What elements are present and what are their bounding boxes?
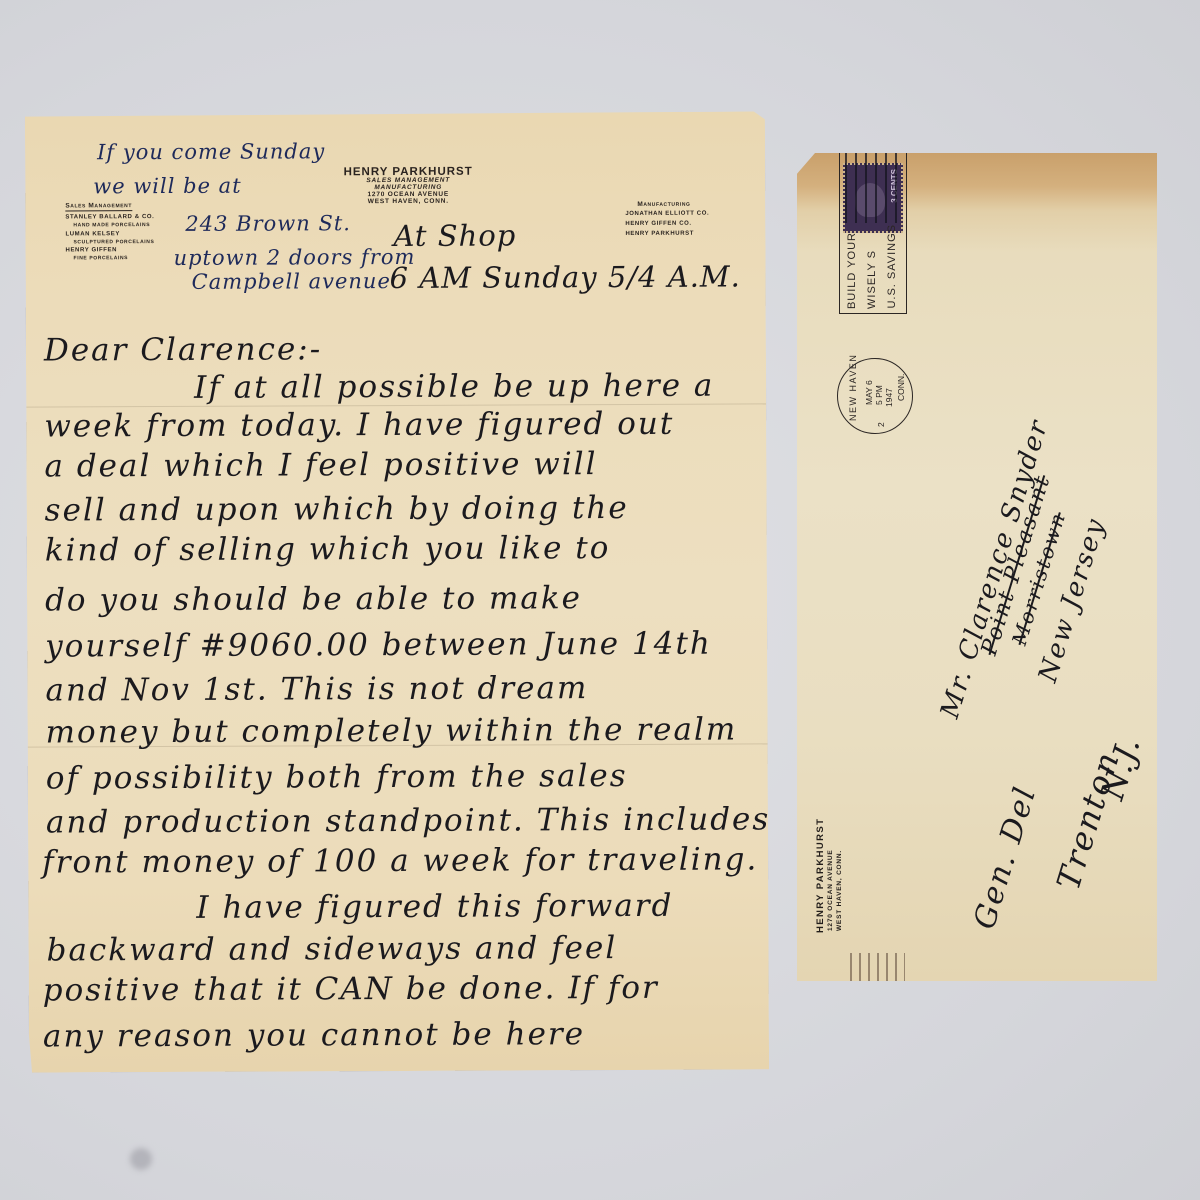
company-name: JONATHAN ELLIOTT CO. bbox=[625, 210, 709, 220]
body-line: and production standpoint. This includes bbox=[46, 801, 770, 840]
margin-note-line: uptown 2 doors from bbox=[173, 245, 415, 270]
body-line: If at all possible be up here a bbox=[194, 368, 714, 406]
body-line: week from today. I have figured out bbox=[44, 406, 674, 445]
postmark: NEW HAVEN MAY 6 5 PM 1947 CONN. 2 bbox=[837, 358, 913, 434]
column-heading: Sales Management bbox=[65, 202, 132, 212]
postmark-time: 5 PM bbox=[874, 385, 884, 405]
margin-note-line: Campbell avenue bbox=[192, 269, 391, 294]
body-line: any reason you cannot be here bbox=[43, 1016, 585, 1054]
letter-sheet: HENRY PARKHURST SALES MANAGEMENT MANUFAC… bbox=[25, 111, 769, 1072]
slogan-line: U.S. SAVINGS bbox=[886, 224, 898, 309]
location-note: At Shop bbox=[393, 218, 516, 253]
return-street: 1270 OCEAN AVENUE bbox=[827, 818, 835, 933]
slogan-line: WISELY S bbox=[866, 250, 878, 309]
return-address: HENRY PARKHURST 1270 OCEAN AVENUE WEST H… bbox=[815, 818, 844, 933]
body-line: money but completely within the realm bbox=[46, 712, 738, 751]
margin-note-line: 243 Brown St. bbox=[185, 211, 351, 236]
body-line: yourself #9060.00 between June 14th bbox=[45, 626, 712, 665]
postmark-state: CONN. bbox=[896, 374, 906, 401]
company-name: HENRY PARKHURST bbox=[625, 229, 709, 239]
background-spot bbox=[130, 1148, 152, 1170]
letterhead-address: WEST HAVEN, CONN. bbox=[313, 198, 503, 206]
body-line: kind of selling which you like to bbox=[45, 530, 611, 568]
dateline: 6 AM Sunday 5/4 A.M. bbox=[390, 259, 741, 295]
envelope: 3 CENTS BUILD YOUR WISELY S U.S. SAVINGS… bbox=[797, 153, 1157, 981]
company-description: FINE PORCELAINS bbox=[66, 255, 155, 262]
letterhead-left-column: Sales Management STANLEY BALLARD & CO. H… bbox=[65, 202, 154, 264]
letterhead: HENRY PARKHURST SALES MANAGEMENT MANUFAC… bbox=[313, 166, 503, 206]
return-name: HENRY PARKHURST bbox=[815, 818, 827, 933]
postmark-city: NEW HAVEN bbox=[848, 354, 858, 421]
slogan-cancel-box: BUILD YOUR WISELY S U.S. SAVINGS bbox=[839, 153, 907, 314]
body-line: I have figured this forward bbox=[196, 888, 673, 926]
forward-general-delivery: Gen. Del bbox=[967, 782, 1044, 933]
body-line: a deal which I feel positive will bbox=[44, 446, 597, 484]
salutation: Dear Clarence:- bbox=[44, 331, 322, 368]
margin-note-line: If you come Sunday bbox=[97, 139, 325, 164]
company-name: HENRY GIFFEN CO. bbox=[625, 220, 709, 230]
slogan-line: BUILD YOUR bbox=[846, 232, 858, 309]
body-line: and Nov 1st. This is not dream bbox=[45, 670, 588, 708]
company-description: SCULPTURED PORCELAINS bbox=[65, 239, 154, 246]
forward-state: N.J. bbox=[1093, 731, 1148, 804]
column-heading: Manufacturing bbox=[625, 200, 709, 211]
postmark-date: MAY 6 bbox=[864, 380, 874, 405]
return-city: WEST HAVEN, CONN. bbox=[836, 818, 844, 933]
letterhead-right-column: Manufacturing JONATHAN ELLIOTT CO. HENRY… bbox=[625, 200, 709, 240]
body-line: front money of 100 a week for traveling. bbox=[42, 841, 758, 880]
company-description: HAND MADE PORCELAINS bbox=[65, 222, 154, 229]
body-line: positive that it CAN be done. If for bbox=[43, 970, 659, 1009]
body-line: of possibility both from the sales bbox=[46, 758, 628, 797]
body-line: backward and sideways and feel bbox=[46, 930, 617, 968]
body-line: do you should be able to make bbox=[45, 580, 582, 618]
body-line: sell and upon which by doing the bbox=[45, 490, 629, 529]
margin-note-line: we will be at bbox=[93, 174, 241, 199]
cancellation-lines bbox=[843, 953, 905, 981]
postmark-station: 2 bbox=[876, 422, 886, 427]
postmark-year: 1947 bbox=[884, 388, 894, 407]
